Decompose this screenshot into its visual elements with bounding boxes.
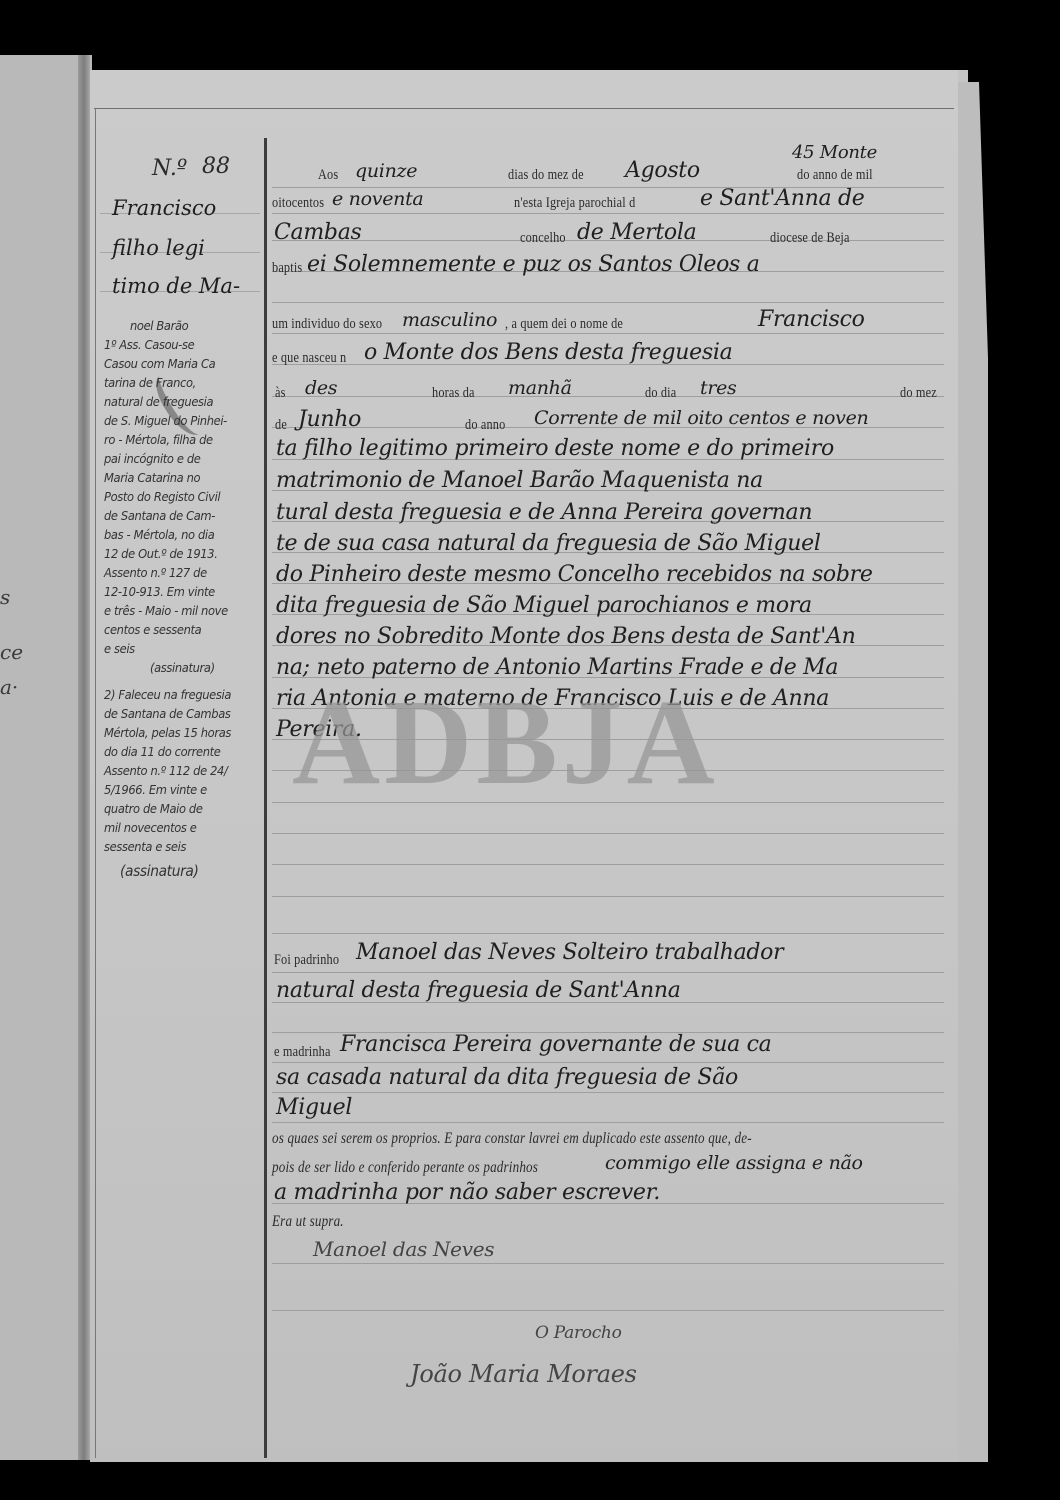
- ruled-line: [272, 213, 944, 214]
- margin-note-line: e seis: [104, 641, 135, 656]
- margin-note-line: de Santana de Cam-: [104, 508, 215, 523]
- printed-text: Aos: [318, 167, 338, 184]
- margin-column-rule: [264, 138, 267, 1458]
- handwritten-sex: masculino: [402, 309, 497, 331]
- priest-signature: João Maria Moraes: [410, 1360, 637, 1388]
- handwritten-body-line: dita freguesia de São Miguel parochianos…: [276, 593, 812, 618]
- ruled-line: [272, 933, 944, 934]
- printed-text: diocese de Beja: [770, 230, 850, 247]
- ruled-line: [272, 972, 944, 973]
- margin-note-line: mil novecentos e: [104, 820, 197, 835]
- ruled-line: [272, 333, 944, 334]
- printed-text: , a quem dei o nome de: [505, 316, 623, 333]
- ruled-line: [272, 1310, 944, 1311]
- printed-text: Foi padrinho: [274, 952, 339, 969]
- printed-text: de: [275, 417, 287, 434]
- printed-text: do anno de mil: [797, 167, 873, 184]
- margin-note-line: sessenta e seis: [104, 839, 186, 854]
- margin-note-line: Posto do Registo Civil: [104, 489, 220, 504]
- priest-title: O Parocho: [535, 1323, 622, 1343]
- printed-text: Era ut supra.: [272, 1213, 344, 1231]
- printed-text: às: [275, 385, 286, 402]
- handwritten-year: e noventa: [332, 188, 423, 210]
- archive-watermark: ADBJA: [292, 682, 719, 804]
- margin-note-line: e três - Maio - mil nove: [104, 603, 228, 618]
- margin-note-line: centos e sessenta: [104, 622, 201, 637]
- book-gutter: [78, 55, 90, 1460]
- godfather-signature: Manoel das Neves: [313, 1237, 494, 1261]
- handwritten-hour: des: [305, 377, 337, 399]
- handwritten-closing: commigo elle assigna e não: [605, 1152, 863, 1174]
- margin-note-line: bas - Mértola, no dia: [104, 527, 214, 542]
- margin-note-line: 2) Faleceu na freguesia: [104, 687, 231, 702]
- ruled-line: [272, 833, 944, 834]
- margin-note-line: Maria Catarina no: [104, 470, 200, 485]
- margin-note-line: de Santana de Cambas: [104, 706, 231, 721]
- handwritten-godmother: sa casada natural da dita freguesia de S…: [276, 1065, 738, 1090]
- handwritten-closing: a madrinha por não saber escrever.: [274, 1180, 660, 1205]
- margin-note-line: de S. Miguel do Pinhei-: [104, 413, 227, 428]
- printed-text: e madrinha: [274, 1044, 331, 1061]
- handwritten-godmother: Francisca Pereira governante de sua ca: [340, 1032, 771, 1057]
- printed-text: e que nasceu n: [272, 350, 346, 367]
- handwritten-body-line: tural desta freguesia e de Anna Pereira …: [276, 500, 812, 525]
- handwritten-godfather: natural desta freguesia de Sant'Anna: [276, 978, 681, 1003]
- handwritten-godfather: Manoel das Neves Solteiro trabalhador: [356, 940, 783, 965]
- margin-note-line: 12 de Out.º de 1913.: [104, 546, 218, 561]
- frame-rule: [95, 108, 96, 1458]
- ruled-line: [272, 896, 944, 897]
- printed-text: um individuo do sexo: [272, 316, 382, 333]
- margin-note-line: 12-10-913. Em vinte: [104, 584, 215, 599]
- handwritten-child-name: Francisco: [758, 307, 865, 332]
- margin-note-line: Mértola, pelas 15 horas: [104, 725, 231, 740]
- handwritten-municipality: de Mertola: [577, 220, 696, 245]
- handwritten-body-line: te de sua casa natural da freguesia de S…: [276, 531, 821, 556]
- printed-text: pois de ser lido e conferido perante os …: [272, 1159, 538, 1177]
- handwritten-baptism-clause: ei Solemnemente e puz os Santos Oleos a: [307, 252, 760, 277]
- margin-name-line: filho legi: [112, 236, 205, 260]
- printed-text: os quaes sei serem os proprios. E para c…: [272, 1130, 752, 1148]
- ruled-line: [272, 302, 944, 303]
- margin-note-line: 5/1966. Em vinte e: [104, 782, 207, 797]
- ruled-line: [272, 1062, 944, 1063]
- entry-number: 88: [202, 154, 230, 179]
- handwritten-godmother: Miguel: [276, 1095, 352, 1120]
- margin-note-line: ro - Mértola, filha de: [104, 432, 213, 447]
- margin-note-line: tarina de Franco,: [104, 375, 196, 390]
- ruled-line: [272, 1263, 944, 1264]
- printed-text: do dia: [645, 385, 676, 402]
- handwritten-birth-month: Junho: [298, 407, 361, 432]
- printed-text: do anno: [465, 417, 505, 434]
- printed-text: dias do mez de: [508, 167, 584, 184]
- margin-note-line: pai incógnito e de: [104, 451, 201, 466]
- margin-note-line: do dia 11 do corrente: [104, 744, 221, 759]
- handwritten-time-of-day: manhã: [508, 377, 572, 399]
- margin-note-line: 1º Ass. Casou-se: [104, 337, 194, 352]
- handwritten-birth-day: tres: [700, 377, 737, 399]
- handwritten-body-line: matrimonio de Manoel Barão Maquenista na: [276, 468, 763, 493]
- margin-note-line: Assento n.º 127 de: [104, 565, 207, 580]
- margin-signature: (assinatura): [120, 862, 199, 880]
- printed-text: baptis: [272, 260, 302, 277]
- page-edge: [958, 82, 988, 1462]
- handwritten-body-line: do Pinheiro deste mesmo Concelho recebid…: [276, 562, 873, 587]
- scan-background: [0, 1462, 1060, 1500]
- annotation-monte: 45 Monte: [792, 142, 877, 163]
- margin-note-line: Casou com Maria Ca: [104, 356, 215, 371]
- handwritten-month: Agosto: [625, 158, 700, 183]
- margin-signature: (assinatura): [150, 660, 215, 675]
- ruled-line: [272, 396, 944, 397]
- left-page-fragment: s: [0, 585, 10, 609]
- ruled-line: [272, 864, 944, 865]
- handwritten-birthplace: o Monte dos Bens desta freguesia: [364, 340, 732, 365]
- margin-name-line: Francisco: [112, 196, 216, 220]
- entry-number-label: N.º: [152, 156, 187, 181]
- left-page-fragment: ce: [0, 640, 23, 664]
- margin-note-line: natural de freguesia: [104, 394, 213, 409]
- ruled-line: [272, 1122, 944, 1123]
- handwritten-body-line: ta filho legitimo primeiro deste nome e …: [276, 436, 834, 461]
- printed-text: concelho: [520, 230, 566, 247]
- handwritten-parish: e Sant'Anna de: [700, 186, 865, 211]
- handwritten-day: quinze: [355, 160, 417, 182]
- handwritten-place: Cambas: [274, 220, 362, 245]
- margin-note-line: Assento n.º 112 de 24/: [104, 763, 227, 778]
- handwritten-body-line: dores no Sobredito Monte dos Bens desta …: [276, 624, 855, 649]
- printed-text: n'esta Igreja parochial d: [514, 195, 635, 212]
- handwritten-birth-year: Corrente de mil oito centos e noven: [534, 407, 869, 429]
- printed-text: horas da: [432, 385, 475, 402]
- printed-text: oitocentos: [272, 195, 324, 212]
- margin-note-line: quatro de Maio de: [104, 801, 203, 816]
- ruled-line: [272, 1092, 944, 1093]
- frame-rule: [94, 108, 954, 109]
- left-page-fragment: a·: [0, 675, 18, 699]
- printed-text: do mez: [900, 385, 937, 402]
- margin-note-line: noel Barão: [130, 318, 188, 333]
- margin-name-line: timo de Ma-: [112, 274, 240, 298]
